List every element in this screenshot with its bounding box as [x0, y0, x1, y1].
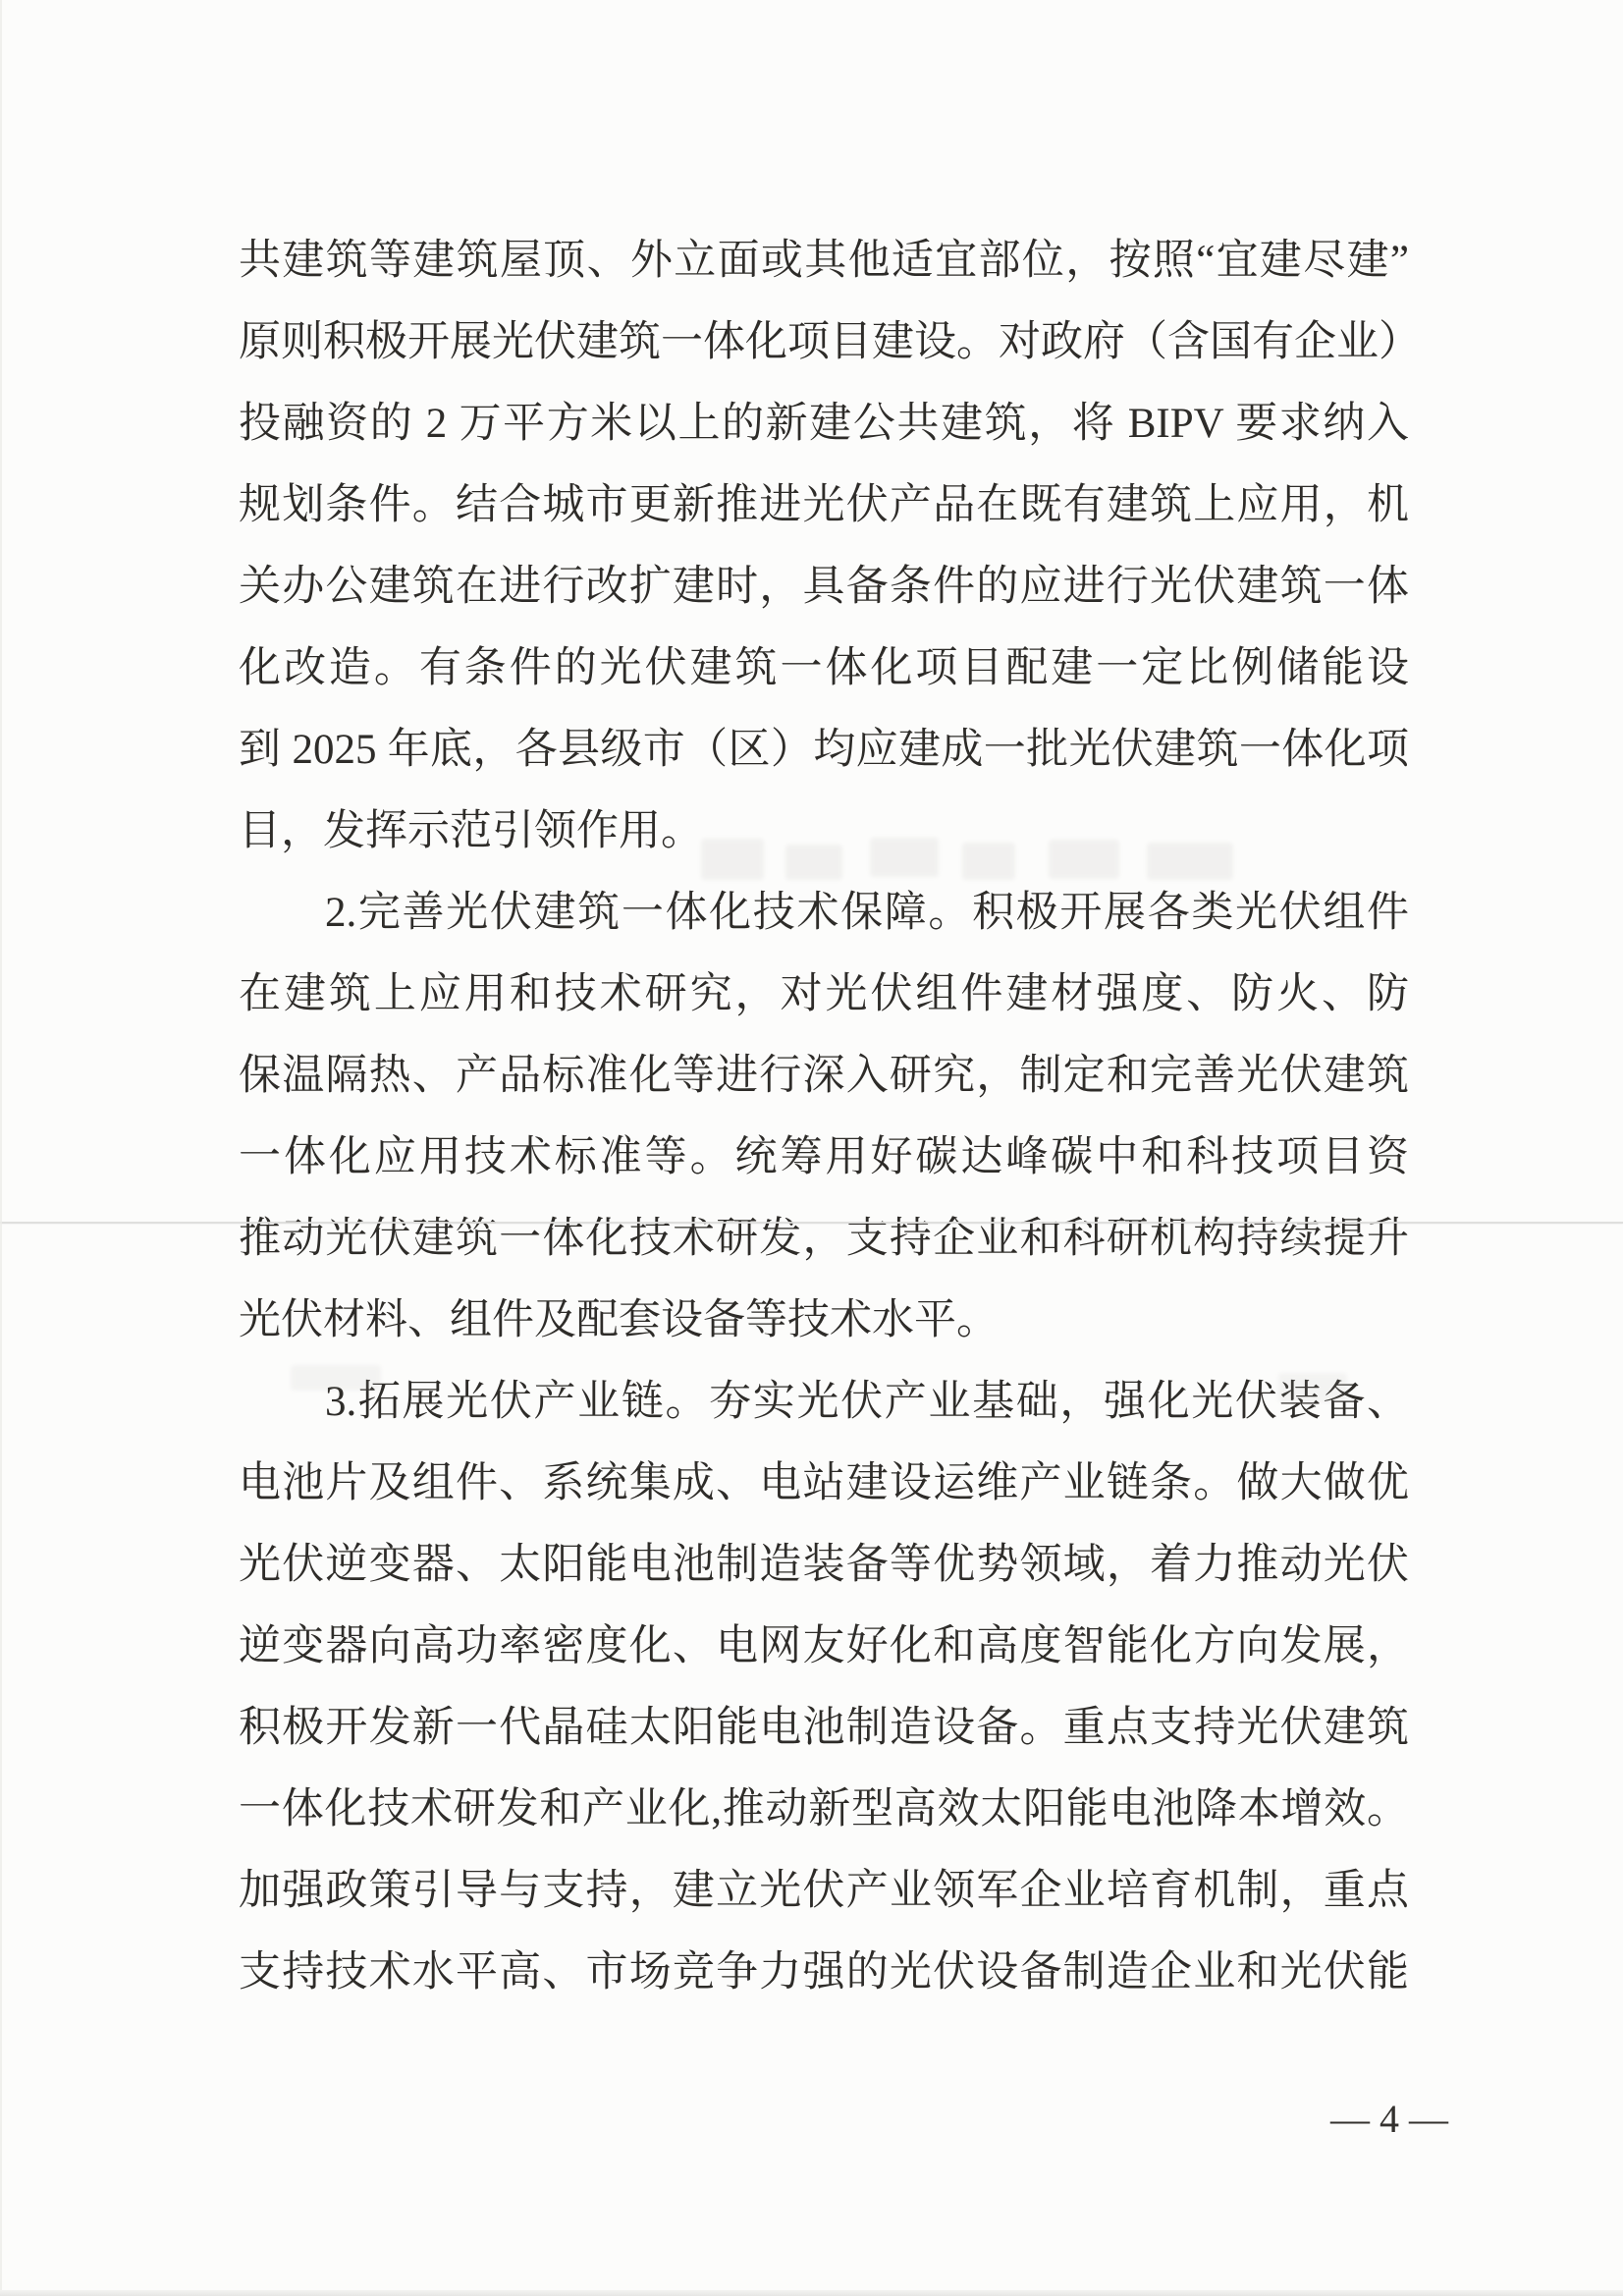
scan-artifact-line	[0, 1222, 1623, 1224]
text-line: 规划条件。结合城市更新推进光伏产品在既有建筑上应用，机	[239, 465, 1409, 546]
text-line: 保温隔热、产品标准化等进行深入研究，制定和完善光伏建筑	[239, 1035, 1409, 1117]
text-line: 3.拓展光伏产业链。夯实光伏产业基础，强化光伏装备、	[239, 1361, 1409, 1443]
text-line: 一体化应用技术标准等。统筹用好碳达峰碳中和科技项目资金，	[239, 1117, 1409, 1198]
text-line: 关办公建筑在进行改扩建时，具备条件的应进行光伏建筑一体	[239, 546, 1409, 628]
scan-edge-left	[0, 0, 2, 2296]
scan-smudge	[291, 1365, 381, 1391]
scan-edge-bottom	[0, 2290, 1623, 2296]
scan-smudge	[1147, 843, 1233, 880]
scan-smudge	[785, 845, 842, 880]
scan-smudge	[1049, 840, 1119, 879]
body-text: 共建筑等建筑屋顶、外立面或其他适宜部位，按照“宜建尽建” 原则积极开展光伏建筑一…	[239, 220, 1409, 2013]
text-line: 原则积极开展光伏建筑一体化项目建设。对政府（含国有企业）	[239, 301, 1409, 383]
page-number: — 4 —	[1311, 2092, 1468, 2147]
scan-smudge	[870, 838, 939, 877]
scan-smudge	[1278, 1373, 1347, 1402]
text-line: 在建筑上应用和技术研究，对光伏组件建材强度、防火、防水、	[239, 954, 1409, 1035]
text-line: 积极开发新一代晶硅太阳能电池制造设备。重点支持光伏建筑	[239, 1687, 1409, 1769]
text-line: 电池片及组件、系统集成、电站建设运维产业链条。做大做优	[239, 1443, 1409, 1524]
text-line: 光伏材料、组件及配套设备等技术水平。	[239, 1280, 1409, 1361]
document-page: 共建筑等建筑屋顶、外立面或其他适宜部位，按照“宜建尽建” 原则积极开展光伏建筑一…	[0, 0, 1623, 2296]
text-line: 推动光伏建筑一体化技术研发，支持企业和科研机构持续提升	[239, 1198, 1409, 1280]
text-line: 到 2025 年底，各县级市（区）均应建成一批光伏建筑一体化项	[239, 709, 1409, 791]
text-line: 加强政策引导与支持，建立光伏产业领军企业培育机制，重点	[239, 1850, 1409, 1932]
scan-smudge	[962, 843, 1015, 880]
text-line: 投融资的 2 万平方米以上的新建公共建筑，将 BIPV 要求纳入	[239, 383, 1409, 465]
text-line: 2.完善光伏建筑一体化技术保障。积极开展各类光伏组件	[239, 872, 1409, 954]
text-line: 共建筑等建筑屋顶、外立面或其他适宜部位，按照“宜建尽建”	[239, 220, 1409, 301]
text-line: 一体化技术研发和产业化,推动新型高效太阳能电池降本增效。	[239, 1769, 1409, 1850]
text-line: 化改造。有条件的光伏建筑一体化项目配建一定比例储能设施。	[239, 628, 1409, 709]
text-line: 光伏逆变器、太阳能电池制造装备等优势领域，着力推动光伏	[239, 1524, 1409, 1606]
text-line: 逆变器向高功率密度化、电网友好化和高度智能化方向发展，	[239, 1606, 1409, 1687]
text-line: 支持技术水平高、市场竞争力强的光伏设备制造企业和光伏能	[239, 1932, 1409, 2013]
scan-smudge	[701, 839, 764, 880]
